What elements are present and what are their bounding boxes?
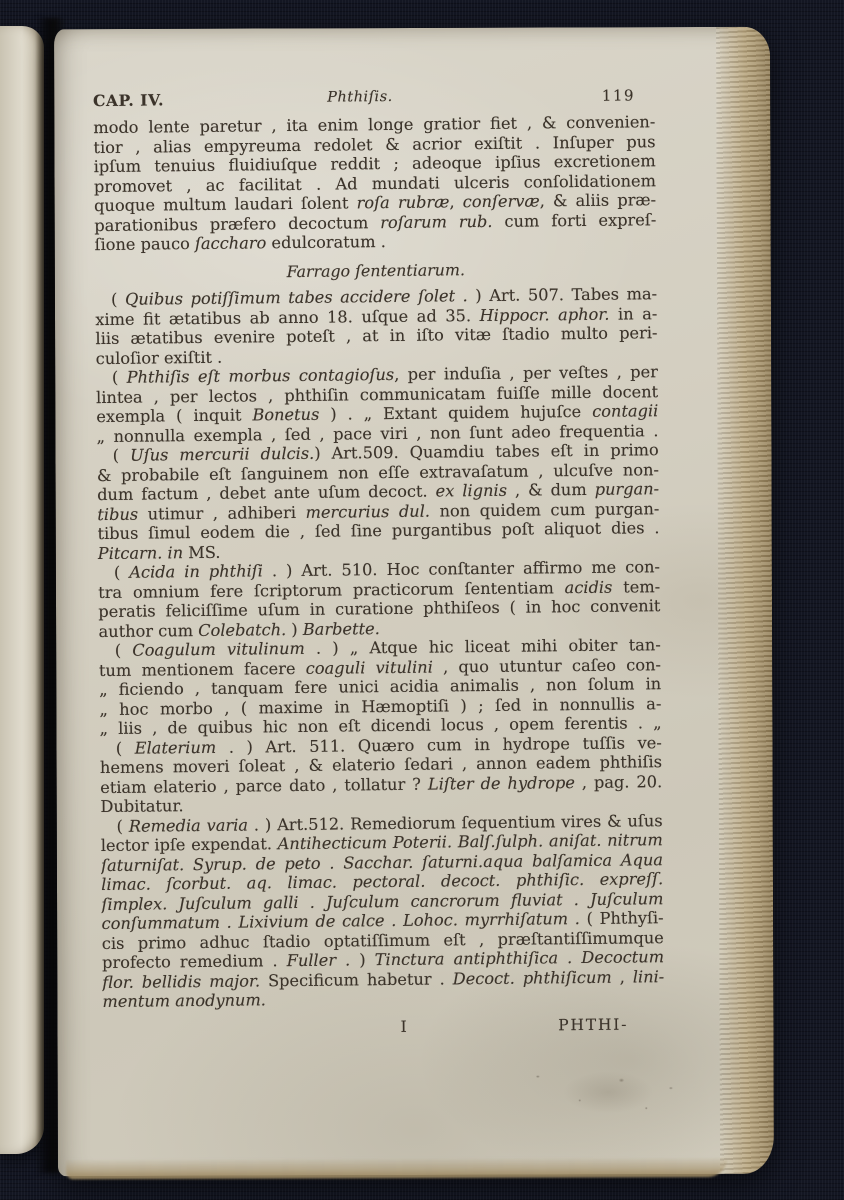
catchword: PHTHI- (558, 1015, 628, 1035)
text-body: modo lente paretur , ita enim longe grat… (93, 112, 664, 1011)
section-heading: Farrago ſententiarum. (95, 258, 657, 283)
page-text-area: CAP. IV. Phthiſis. 119 modo lente paretu… (93, 85, 665, 1040)
signature-mark: I (400, 1017, 406, 1037)
book-page: CAP. IV. Phthiſis. 119 modo lente paretu… (54, 27, 772, 1176)
page-fore-edge (716, 27, 774, 1174)
page-bottom-edge (66, 1157, 728, 1179)
running-title: Phthiſis. (79, 85, 641, 110)
photo-background: CAP. IV. Phthiſis. 119 modo lente paretu… (0, 0, 844, 1200)
page-header: CAP. IV. Phthiſis. 119 (93, 85, 655, 115)
paper-foxing-specks (504, 1052, 694, 1133)
page-footer: I PHTHI- (103, 1015, 665, 1040)
